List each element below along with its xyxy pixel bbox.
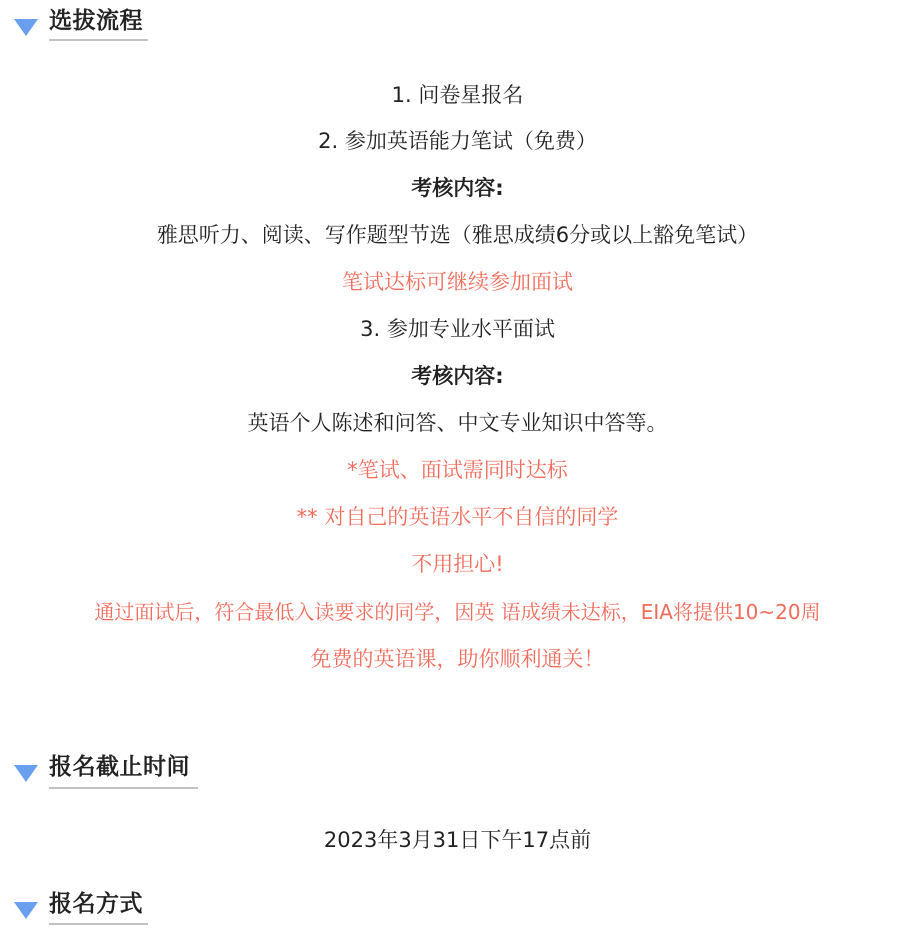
note-no-worry: 不用担心! [0,549,915,579]
triangle-down-icon [14,902,38,919]
process-step-2: 2. 参加英语能力笔试（免费） [0,126,915,156]
section-underline [49,787,198,789]
section-title: 选拔流程 [49,2,143,35]
triangle-down-icon [14,19,38,36]
note-both-required: *笔试、面试需同时达标 [0,455,915,485]
triangle-down-icon [14,765,38,782]
note-english-confidence: ** 对自己的英语水平不自信的同学 [0,502,915,532]
interview-content: 英语个人陈述和问答、中文专业知识中答等。 [0,408,915,438]
process-step-1: 1. 问卷星报名 [0,80,915,110]
assessment-label-interview: 考核内容: [0,361,915,391]
section-title: 报名截止时间 [49,748,190,781]
section-title: 报名方式 [49,885,143,918]
process-step-3: 3. 参加专业水平面试 [0,314,915,344]
note-free-course-line1: 通过面试后，符合最低入读要求的同学，因英 语成绩未达标，EIA将提供10~20周 [0,597,915,627]
note-free-course-line2: 免费的英语课，助你顺利通关！ [0,644,915,674]
written-test-note: 笔试达标可继续参加面试 [0,267,915,297]
section-underline [49,923,148,925]
section-underline [49,39,148,41]
assessment-label-written: 考核内容: [0,173,915,203]
written-test-content: 雅思听力、阅读、写作题型节选（雅思成绩6分或以上豁免笔试） [0,220,915,250]
deadline-text: 2023年3月31日下午17点前 [0,825,915,855]
